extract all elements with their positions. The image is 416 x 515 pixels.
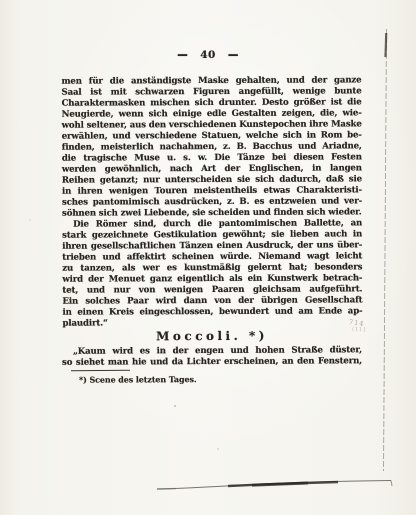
footnote-separator-rule [71, 370, 130, 371]
page-header: — 40 — [0, 49, 416, 61]
header-dash-left: — [177, 47, 188, 64]
body-line: so siehet man hie und da Lichter erschei… [62, 356, 362, 369]
page-number: 40 [200, 49, 216, 61]
body-line: in einen Kreis eingeschlossen, bewundert… [62, 306, 362, 318]
section-opening-text: „Kaum wird es in der engen und hohen Str… [62, 345, 362, 369]
footnote-text: *) Scene des letzten Tages. [79, 373, 339, 384]
header-dash-right: — [228, 47, 239, 64]
scan-margin-smudge: (111 [352, 326, 367, 333]
body-text-block: men für die anständigste Maske gehalten,… [61, 75, 362, 329]
section-heading-moccoli: Moccoli. *) [62, 328, 362, 343]
scanned-book-page: — 40 — men für die anständigste Maske ge… [0, 0, 416, 515]
